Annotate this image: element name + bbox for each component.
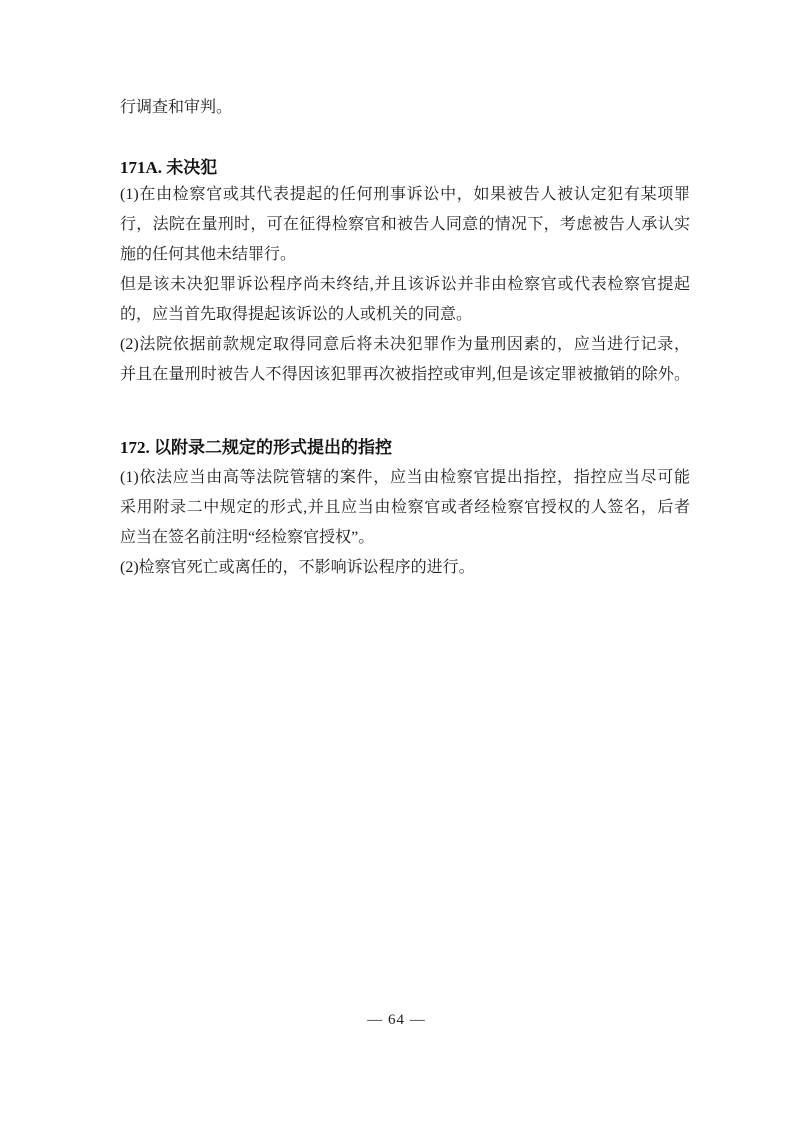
body-line: (2)检察官死亡或离任的，不影响诉讼程序的进行。 (120, 553, 690, 583)
document-page: 行调查和审判。 171A. 未决犯 (1)在由检察官或其代表提起的任何刑事诉讼中… (0, 0, 793, 1122)
body-line: 行，法院在量刑时，可在征得检察官和被告人同意的情况下，考虑被告人承认实 (120, 210, 690, 240)
body-line: 施的任何其他未结罪行。 (120, 240, 690, 270)
body-line: 但是该未决犯罪诉讼程序尚未终结,并且该诉讼并非由检察官或代表检察官提起 (120, 270, 690, 300)
continuation-line: 行调查和审判。 (120, 93, 690, 123)
page-number: — 64 — (0, 1010, 793, 1030)
section-body-172: (1)依法应当由高等法院管辖的案件，应当由检察官提出指控，指控应当尽可能 采用附… (120, 463, 690, 583)
body-line: 并且在量刑时被告人不得因该犯罪再次被指控或审判,但是该定罪被撤销的除外。 (120, 360, 690, 390)
section-heading-172: 172. 以附录二规定的形式提出的指控 (120, 437, 690, 459)
body-line: (2)法院依据前款规定取得同意后将未决犯罪作为量刑因素的，应当进行记录， (120, 330, 690, 360)
section-body-171a: (1)在由检察官或其代表提起的任何刑事诉讼中，如果被告人被认定犯有某项罪 行，法… (120, 180, 690, 390)
body-line: (1)在由检察官或其代表提起的任何刑事诉讼中，如果被告人被认定犯有某项罪 (120, 180, 690, 210)
continuation-paragraph: 行调查和审判。 (120, 93, 690, 123)
section-heading-171a: 171A. 未决犯 (120, 157, 690, 179)
body-line: 应当在签名前注明“经检察官授权”。 (120, 523, 690, 553)
body-line: (1)依法应当由高等法院管辖的案件，应当由检察官提出指控，指控应当尽可能 (120, 463, 690, 493)
body-line: 的，应当首先取得提起该诉讼的人或机关的同意。 (120, 300, 690, 330)
body-line: 采用附录二中规定的形式,并且应当由检察官或者经检察官授权的人签名，后者 (120, 493, 690, 523)
